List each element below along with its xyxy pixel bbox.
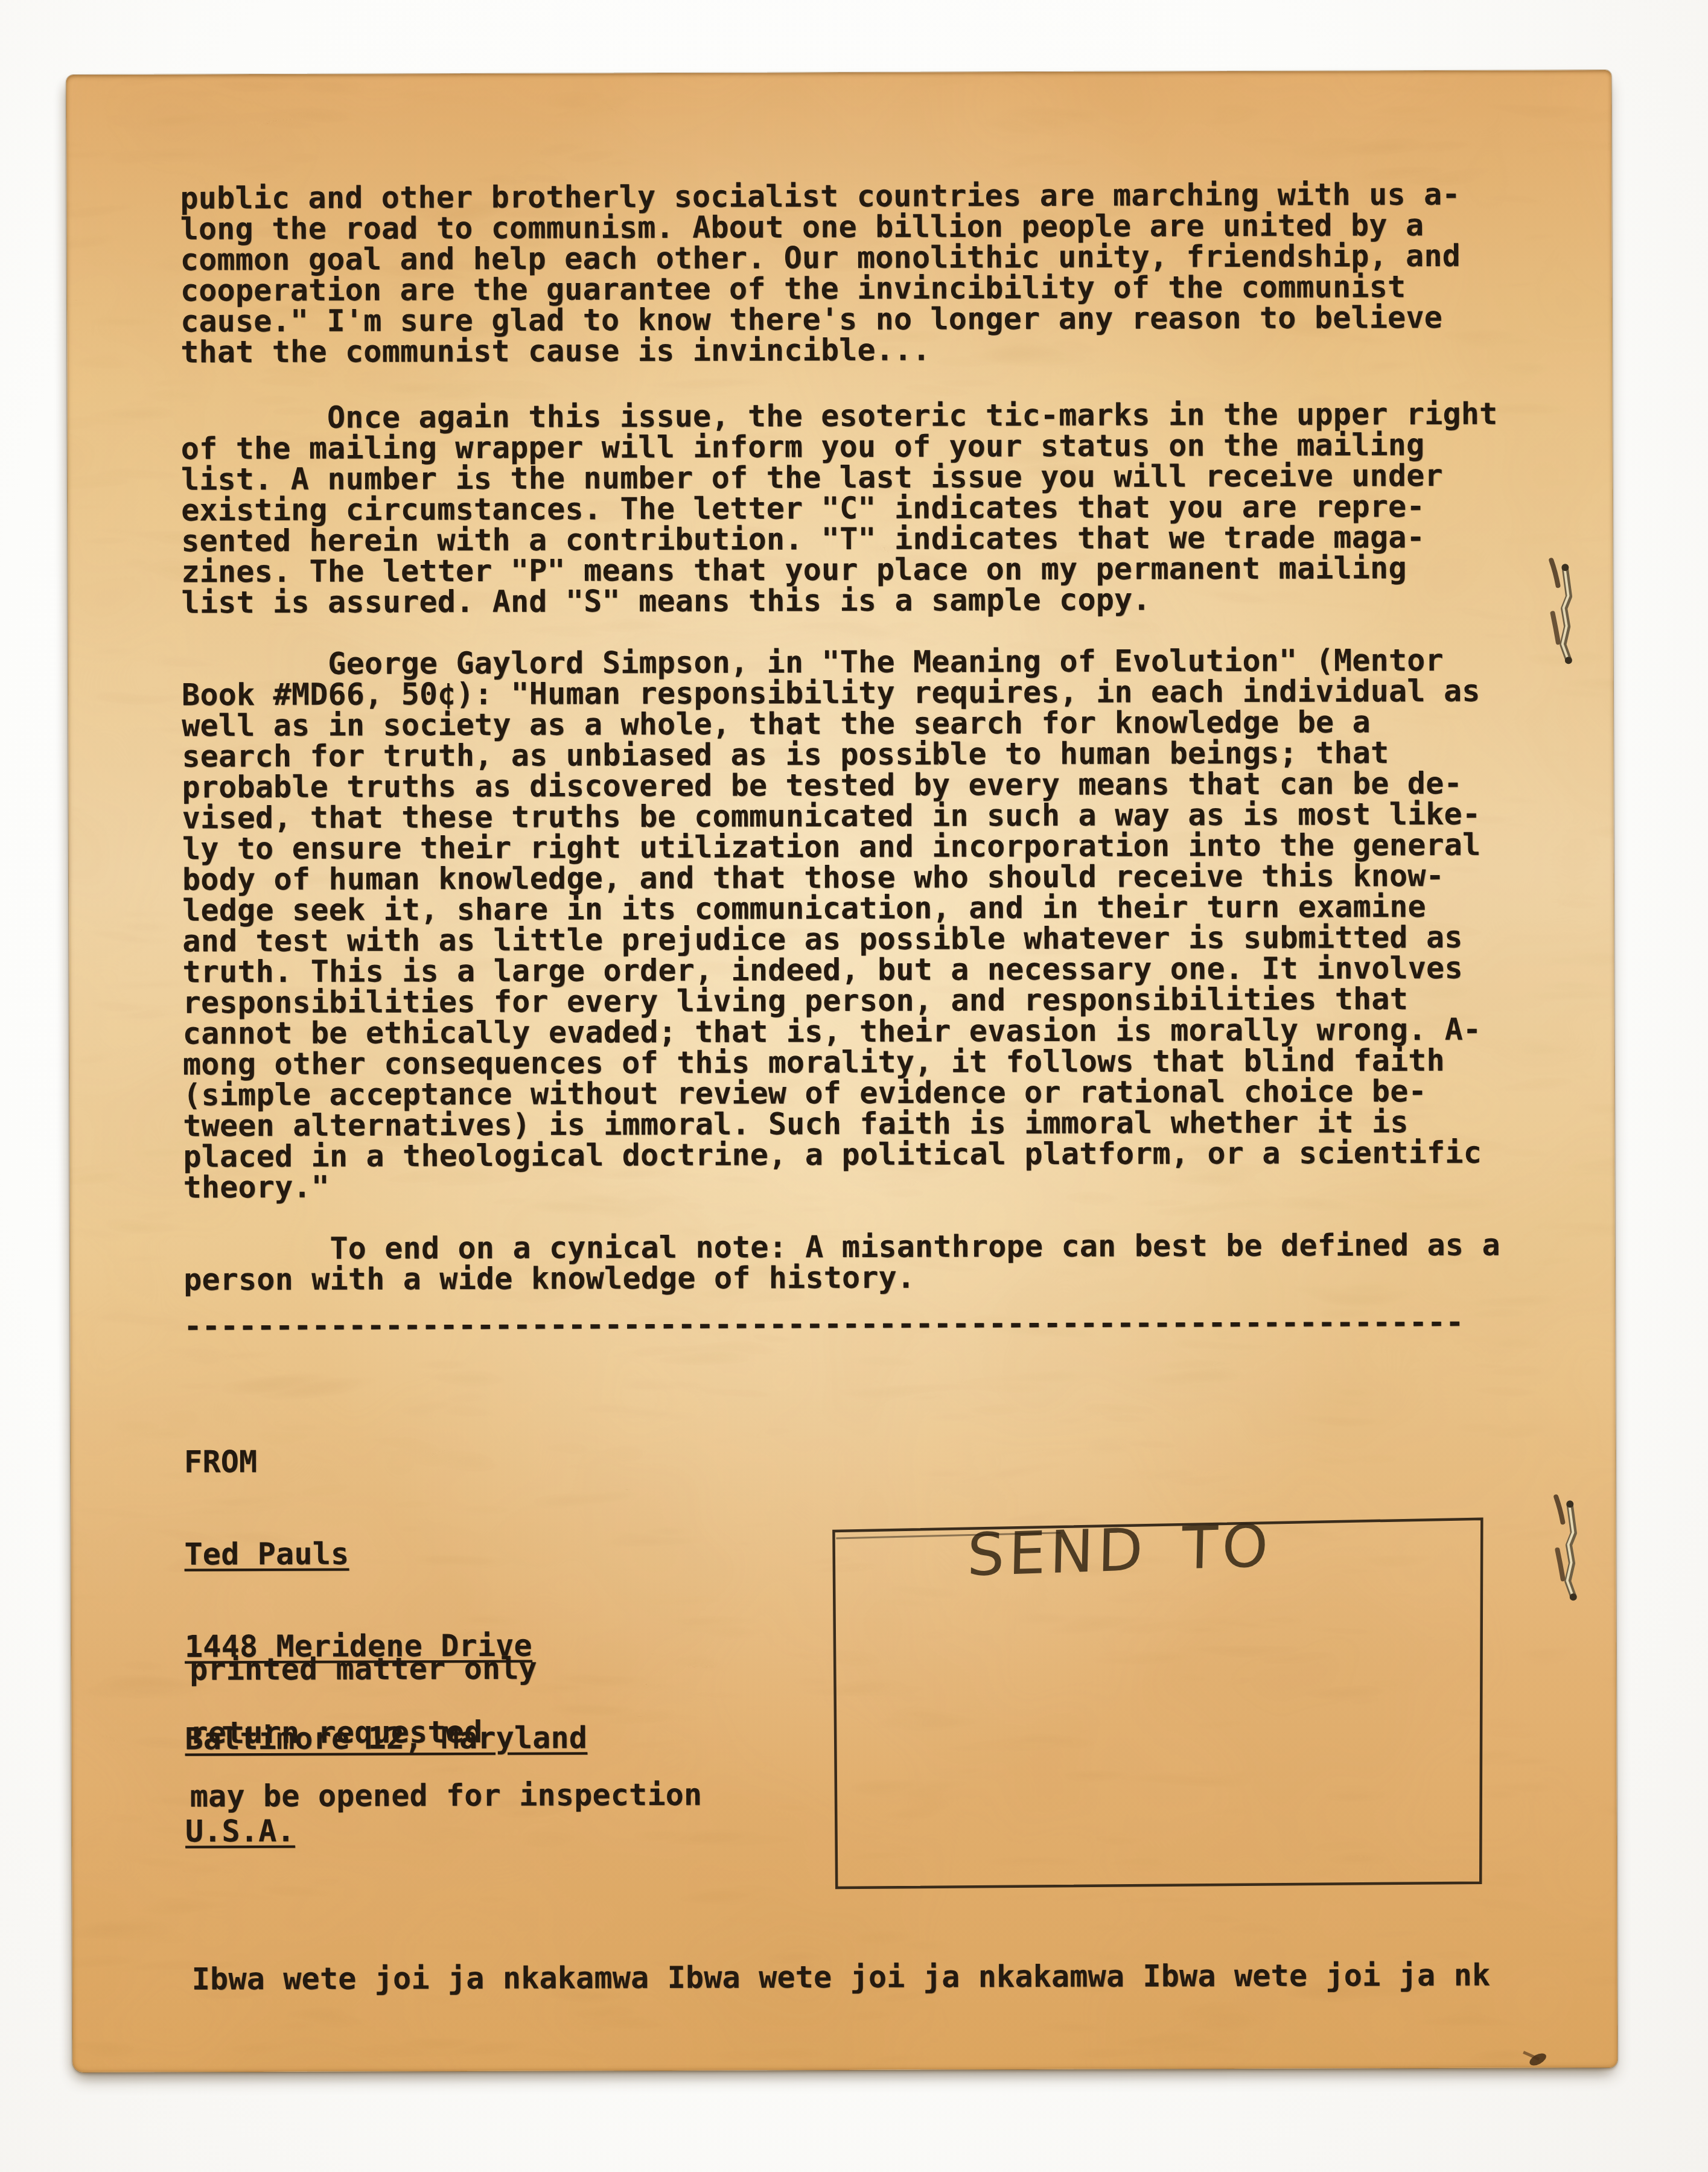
mailing-note-inspection: may be opened for inspection bbox=[190, 1780, 703, 1812]
sender-name-line: Ted Pauls bbox=[184, 1538, 587, 1570]
mailing-note-return-requested: return requested bbox=[190, 1717, 482, 1749]
sender-from-label: FROM bbox=[184, 1445, 587, 1477]
sender-address-block: FROM Ted Pauls 1448 Meridene Drive Balti… bbox=[184, 1384, 588, 1908]
footer-repeat-line: Ibwa wete joi ja nkakamwa Ibwa wete joi … bbox=[192, 1960, 1491, 1995]
typed-paragraph-communism: public and other brotherly socialist cou… bbox=[180, 179, 1461, 368]
typed-paragraph-simpson-quote: George Gaylord Simpson, in "The Meaning … bbox=[182, 645, 1482, 1203]
staple-icon-top bbox=[1551, 560, 1572, 664]
scan-background: public and other brotherly socialist cou… bbox=[0, 0, 1708, 2172]
send-to-word-to: TO bbox=[1181, 1511, 1273, 1582]
send-to-word-send: SEND bbox=[966, 1515, 1147, 1589]
paper-sheet: public and other brotherly socialist cou… bbox=[66, 70, 1617, 2072]
typed-paragraph-tic-marks: Once again this issue, the esoteric tic-… bbox=[181, 399, 1499, 619]
send-to-label: SENDTO bbox=[828, 1455, 1274, 1650]
dashed-separator-rule: ----------------------------------------… bbox=[183, 1307, 1464, 1342]
mailing-note-printed-matter: printed matter only bbox=[190, 1654, 537, 1686]
typed-paragraph-cynical-note: To end on a cynical note: A misanthrope … bbox=[183, 1230, 1500, 1296]
sender-country-line: U.S.A. bbox=[185, 1815, 588, 1847]
staple-icon-bottom bbox=[1556, 1497, 1577, 1600]
paper-blemish bbox=[1523, 2051, 1548, 2068]
